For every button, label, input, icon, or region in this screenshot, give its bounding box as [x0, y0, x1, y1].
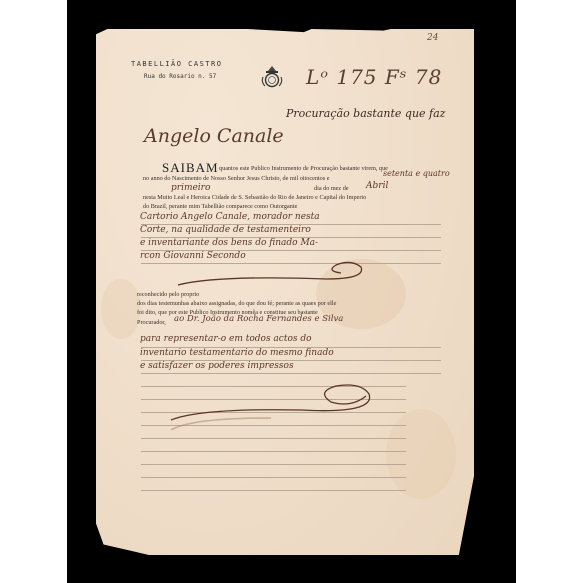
notary-address: Rua do Rosario n. 57 [144, 73, 216, 80]
handwritten-grantor: Cartorio Angelo Canale, morador nesta [140, 212, 320, 222]
printed-line: Procurador, [137, 319, 166, 326]
printed-line: dos dias testemunhas abaixo assignadas, … [137, 300, 336, 307]
handwritten-powers: inventario testamentario do mesmo finado [140, 348, 334, 358]
stamp-number: Lᵒ 175 Fˢ 78 [306, 65, 442, 89]
ruled-line [141, 490, 406, 491]
coat-of-arms-icon [261, 65, 283, 89]
ruled-line [141, 451, 406, 452]
ruled-line [141, 464, 406, 465]
handwritten-powers: e satisfazer os poderes impressos [140, 361, 294, 371]
printed-line: reconhecido pelo proprio [137, 291, 199, 298]
page-number: 24 [427, 33, 438, 43]
handwritten-day: primeiro [171, 183, 210, 193]
printed-line: quantos este Publico Instrumento de Proc… [219, 165, 388, 172]
flourish-stroke [176, 257, 376, 287]
grantor-name: Angelo Canale [144, 125, 284, 147]
opening-word: SAIBAM [162, 160, 219, 176]
handwritten-grantor: e inventariante dos bens do finado Ma- [140, 238, 318, 248]
handwritten-year: setenta e quatro [383, 169, 450, 178]
ruled-line [141, 477, 406, 478]
flourish-stroke [141, 380, 381, 430]
ruled-line [141, 373, 441, 374]
handwritten-month: Abril [366, 181, 388, 191]
handwritten-procurador: ao Dr. João da Rocha Fernandes e Silva [174, 314, 343, 324]
printed-line: no anno do Nascimento de Nosso Senhor Je… [143, 175, 329, 182]
notary-office-name: TABELLIÃO CASTRO [131, 60, 222, 68]
handwritten-powers: para representar-o em todos actos do [140, 334, 312, 344]
handwritten-grantor: Corte, na qualidade de testamenteiro [140, 225, 311, 235]
printed-line: do Brazil, perante mim Tabellião compare… [143, 203, 297, 210]
printed-line: nesta Muito Leal e Heroica Cidade de S. … [143, 194, 366, 201]
form-title: Procuração bastante que faz [286, 107, 445, 120]
printed-line: dia do mez de [314, 185, 349, 192]
document-sheet: TABELLIÃO CASTRO Rua do Rosario n. 57 Lᵒ… [96, 29, 474, 555]
stain [386, 409, 456, 499]
ruled-line [141, 438, 406, 439]
stain [101, 279, 141, 339]
